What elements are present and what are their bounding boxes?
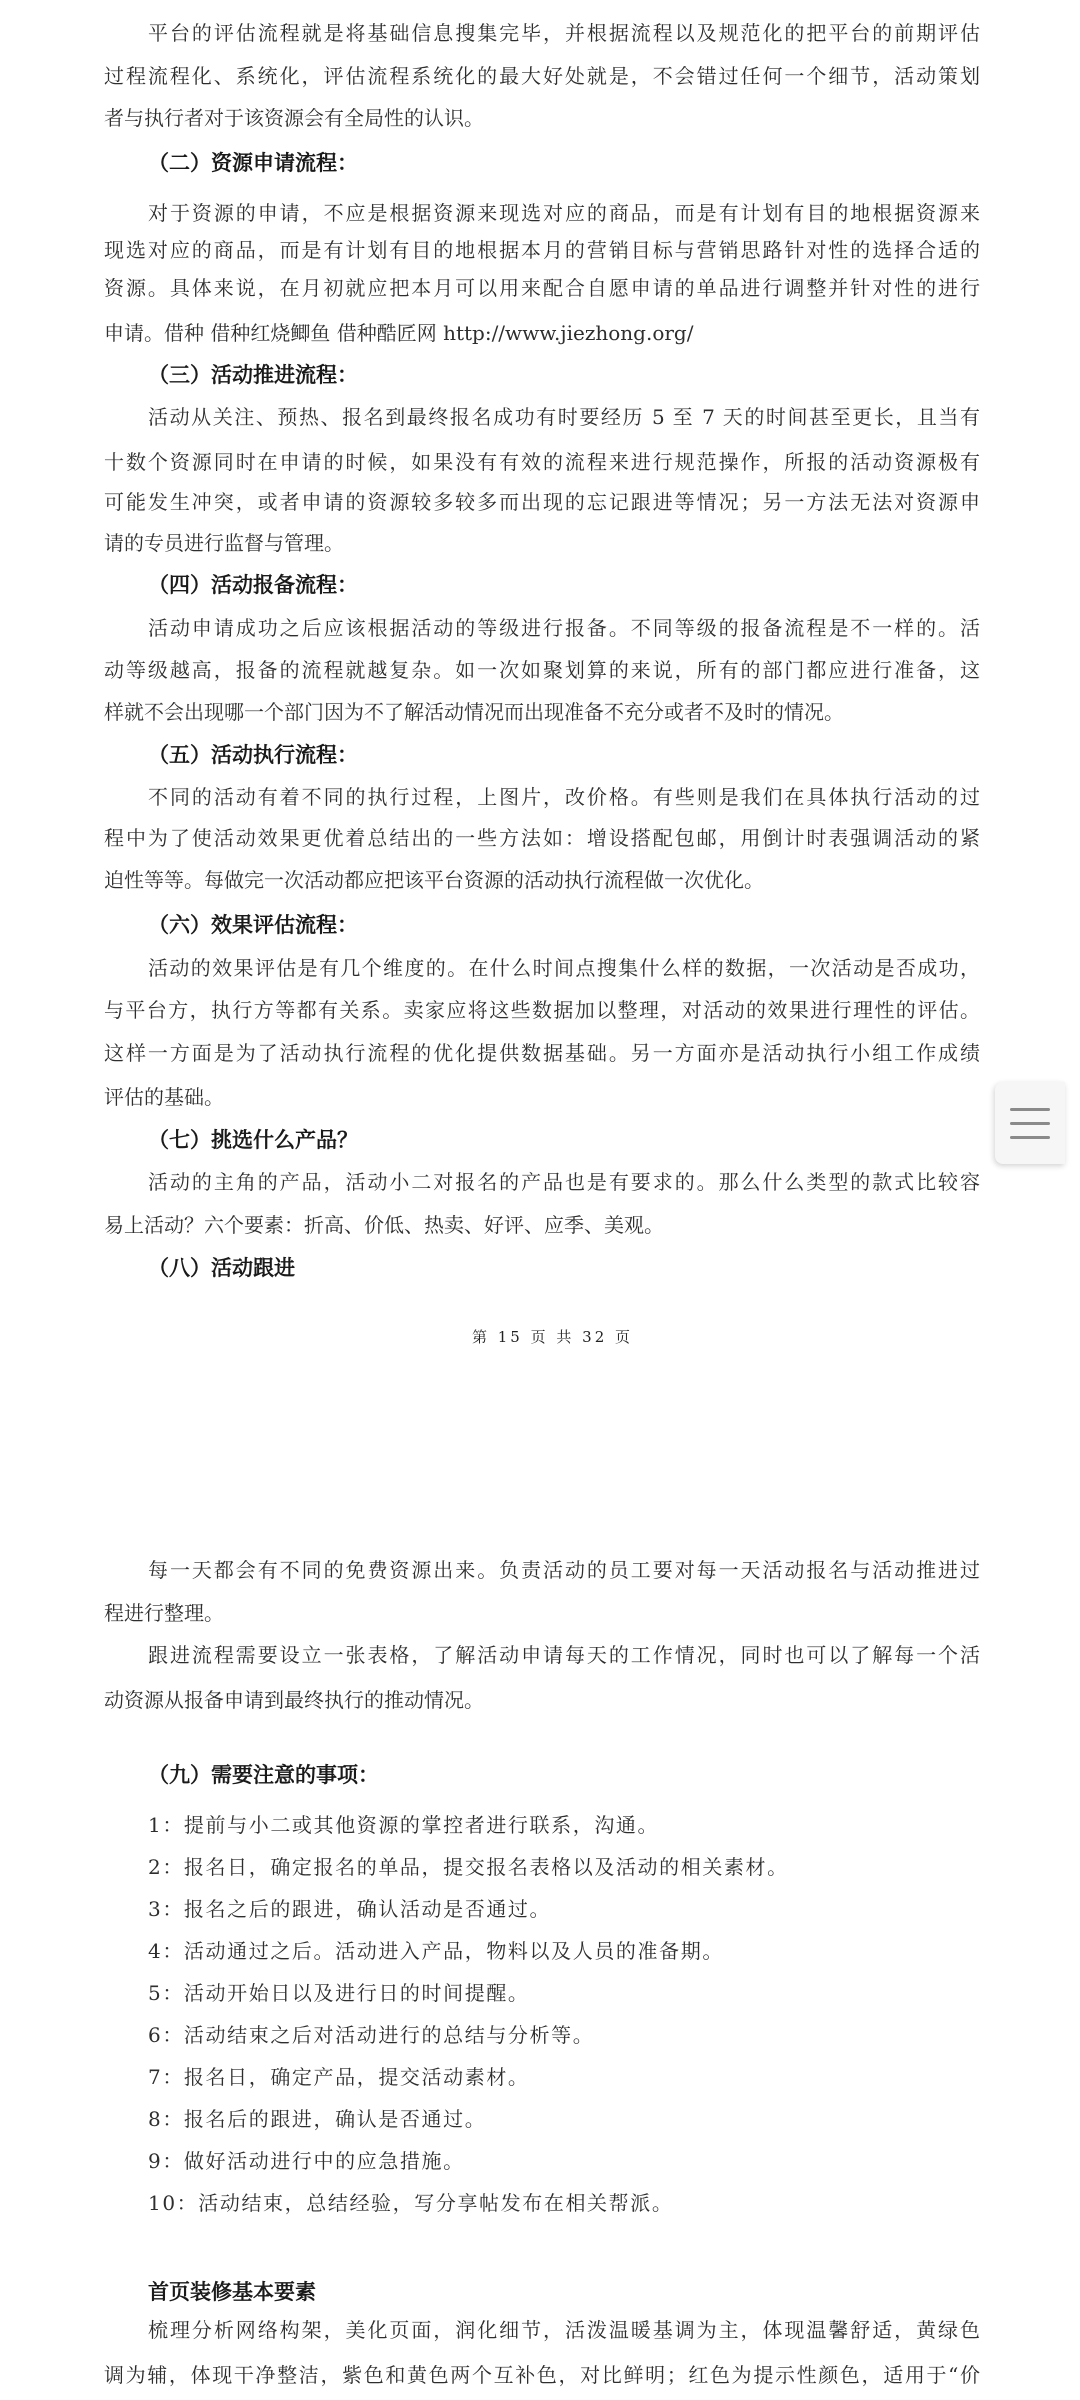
paragraph-line: 梳理分析网络构架，美化页面，润化细节，活泼温暖基调为主，体现温馨舒适，黄绿色: [148, 2315, 980, 2345]
floating-menu-button[interactable]: [995, 1082, 1065, 1164]
paragraph-line: 动资源从报备申请到最终执行的推动情况。: [104, 1685, 980, 1715]
section-heading: （三）活动推进流程：: [148, 359, 358, 391]
paragraph-line: 不同的活动有着不同的执行过程，上图片，改价格。有些则是我们在具体执行活动的过: [148, 782, 980, 812]
paragraph-line: 过程流程化、系统化，评估流程系统化的最大好处就是，不会错过任何一个细节，活动策划: [104, 61, 980, 91]
paragraph-line: 请的专员进行监督与管理。: [104, 528, 980, 558]
section-heading: （四）活动报备流程：: [148, 569, 358, 601]
paragraph-line: 者与执行者对于该资源会有全局性的认识。: [104, 103, 980, 133]
paragraph-line: 评估的基础。: [104, 1082, 980, 1112]
section-heading: （七）挑选什么产品？: [148, 1124, 358, 1156]
list-item: 3：报名之后的跟进，确认活动是否通过。: [148, 1894, 551, 1924]
section-heading: 首页装修基本要素: [148, 2276, 316, 2308]
section-heading: （六）效果评估流程：: [148, 909, 358, 941]
section-heading: （二）资源申请流程：: [148, 147, 358, 179]
paragraph-line: 对于资源的申请，不应是根据资源来现选对应的商品，而是有计划有目的地根据资源来: [148, 198, 980, 228]
paragraph-line: 活动的主角的产品，活动小二对报名的产品也是有要求的。那么什么类型的款式比较容: [148, 1167, 980, 1197]
paragraph-line: 申请。借种 借种红烧鲫鱼 借种酷匠网 http://www.jiezhong.o…: [104, 318, 980, 348]
paragraph-line: 活动从关注、预热、报名到最终报名成功有时要经历 5 至 7 天的时间甚至更长，且…: [148, 402, 980, 432]
paragraph-line: 现选对应的商品，而是有计划有目的地根据本月的营销目标与营销思路针对性的选择合适的: [104, 235, 980, 265]
paragraph-line: 与平台方，执行方等都有关系。卖家应将这些数据加以整理，对活动的效果进行理性的评估…: [104, 995, 980, 1025]
list-item: 7：报名日，确定产品，提交活动素材。: [148, 2062, 530, 2092]
list-item: 5：活动开始日以及进行日的时间提醒。: [148, 1978, 530, 2008]
paragraph-line: 这样一方面是为了活动执行流程的优化提供数据基础。另一方面亦是活动执行小组工作成绩: [104, 1038, 980, 1068]
paragraph-line: 动等级越高，报备的流程就越复杂。如一次如聚划算的来说，所有的部门都应进行准备，这: [104, 655, 980, 685]
paragraph-line: 程中为了使活动效果更优着总结出的一些方法如：增设搭配包邮，用倒计时表强调活动的紧: [104, 823, 980, 853]
paragraph-line: 活动申请成功之后应该根据活动的等级进行报备。不同等级的报备流程是不一样的。活: [148, 613, 980, 643]
paragraph-line: 平台的评估流程就是将基础信息搜集完毕，并根据流程以及规范化的把平台的前期评估: [148, 18, 980, 48]
paragraph-line: 样就不会出现哪一个部门因为不了解活动情况而出现准备不充分或者不及时的情况。: [104, 697, 980, 727]
paragraph-line: 活动的效果评估是有几个维度的。在什么时间点搜集什么样的数据，一次活动是否成功，: [148, 953, 980, 983]
paragraph-line: 可能发生冲突，或者申请的资源较多较多而出现的忘记跟进等情况；另一方法无法对资源申: [104, 487, 980, 517]
paragraph-line: 程进行整理。: [104, 1598, 980, 1628]
paragraph-line: 迫性等等。每做完一次活动都应把该平台资源的活动执行流程做一次优化。: [104, 865, 980, 895]
list-item: 9：做好活动进行中的应急措施。: [148, 2146, 465, 2176]
paragraph-line: 每一天都会有不同的免费资源出来。负责活动的员工要对每一天活动报名与活动推进过: [148, 1555, 980, 1585]
paragraph-line: 资源。具体来说，在月初就应把本月可以用来配合自愿申请的单品进行调整并针对性的进行: [104, 273, 980, 303]
paragraph-line: 跟进流程需要设立一张表格，了解活动申请每天的工作情况，同时也可以了解每一个活: [148, 1640, 980, 1670]
list-item: 4：活动通过之后。活动进入产品，物料以及人员的准备期。: [148, 1936, 724, 1966]
list-item: 6：活动结束之后对活动进行的总结与分析等。: [148, 2020, 594, 2050]
list-item: 2：报名日，确定报名的单品，提交报名表格以及活动的相关素材。: [148, 1852, 789, 1882]
section-heading: （八）活动跟进: [148, 1252, 295, 1284]
list-item: 1：提前与小二或其他资源的掌控者进行联系，沟通。: [148, 1810, 659, 1840]
paragraph-line: 调为辅，体现干净整洁，紫色和黄色两个互补色，对比鲜明；红色为提示性颜色，适用于“…: [104, 2360, 980, 2390]
section-heading: （九）需要注意的事项：: [148, 1759, 379, 1791]
menu-icon: [1010, 1108, 1050, 1139]
paragraph-line: 十数个资源同时在申请的时候，如果没有有效的流程来进行规范操作，所报的活动资源极有: [104, 447, 980, 477]
page-number-footer: 第 15 页 共 32 页: [472, 1325, 633, 1349]
paragraph-line: 易上活动？六个要素：折高、价低、热卖、好评、应季、美观。: [104, 1210, 980, 1240]
section-heading: （五）活动执行流程：: [148, 739, 358, 771]
list-item: 10：活动结束，总结经验，写分享帖发布在相关帮派。: [148, 2188, 673, 2218]
list-item: 8：报名后的跟进，确认是否通过。: [148, 2104, 486, 2134]
